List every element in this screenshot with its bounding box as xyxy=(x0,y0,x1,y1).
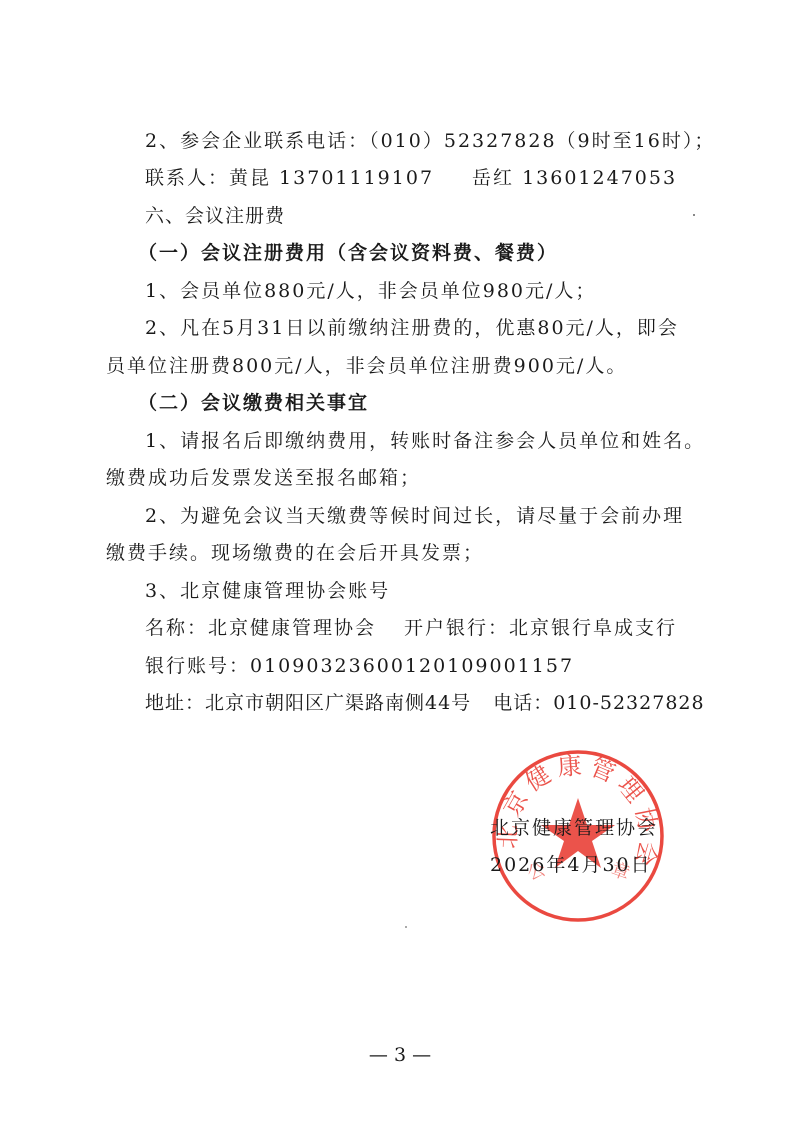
address: 地址：北京市朝阳区广渠路南侧44号 xyxy=(145,692,471,714)
contacts-label: 联系人： xyxy=(145,167,229,189)
payment-item-1-line-1: 1、请报名后即缴纳费用，转账时备注参会人员单位和姓名。 xyxy=(145,429,705,453)
contact-person-2: 岳红 13601247053 xyxy=(472,167,677,189)
fee-item-2-line-1: 2、凡在5月31日以前缴纳注册费的，优惠80元/人，即会 xyxy=(145,316,679,340)
payment-item-1-line-2: 缴费成功后发票发送至报名邮箱； xyxy=(106,466,421,490)
account-name-bank-line: 名称：北京健康管理协会开户银行：北京银行阜成支行 xyxy=(145,616,677,640)
page-number: — 3 — xyxy=(0,1043,800,1067)
account-name: 名称：北京健康管理协会 xyxy=(145,617,376,639)
account-number: 银行账号：01090323600120109001157 xyxy=(145,654,574,678)
payment-item-2-line-1: 2、为避免会议当天缴费等候时间过长，请尽量于会前办理 xyxy=(145,504,684,528)
scan-speck xyxy=(693,214,695,216)
payment-item-3: 3、北京健康管理协会账号 xyxy=(145,579,390,603)
payment-item-2-line-2: 缴费手续。现场缴费的在会后开具发票； xyxy=(106,541,484,565)
signature-date: 2026年4月30日 xyxy=(490,853,652,877)
subsection-heading-fee-details: （一）会议注册费用（含会议资料费、餐费） xyxy=(138,241,558,265)
scan-speck xyxy=(405,926,407,928)
section-heading-registration-fee: 六、会议注册费 xyxy=(145,204,285,228)
fee-item-1: 1、会员单位880元/人，非会员单位980元/人； xyxy=(145,279,596,303)
fee-item-2-line-2: 员单位注册费800元/人，非会员单位注册费900元/人。 xyxy=(106,354,627,378)
contact-persons-line: 联系人：黄昆 13701119107岳红 13601247053 xyxy=(145,166,677,190)
contact-phone-line: 2、参会企业联系电话：（010）52327828（9时至16时）； xyxy=(145,129,715,153)
bank-name: 开户银行：北京银行阜成支行 xyxy=(404,617,677,639)
contact-person-1: 黄昆 13701119107 xyxy=(229,167,434,189)
subsection-heading-payment-matters: （二）会议缴费相关事宜 xyxy=(138,391,369,415)
office-phone: 电话：010-52327828 xyxy=(493,692,704,714)
signature-organization: 北京健康管理协会 xyxy=(490,816,658,840)
address-phone-line: 地址：北京市朝阳区广渠路南侧44号电话：010-52327828 xyxy=(145,691,705,715)
